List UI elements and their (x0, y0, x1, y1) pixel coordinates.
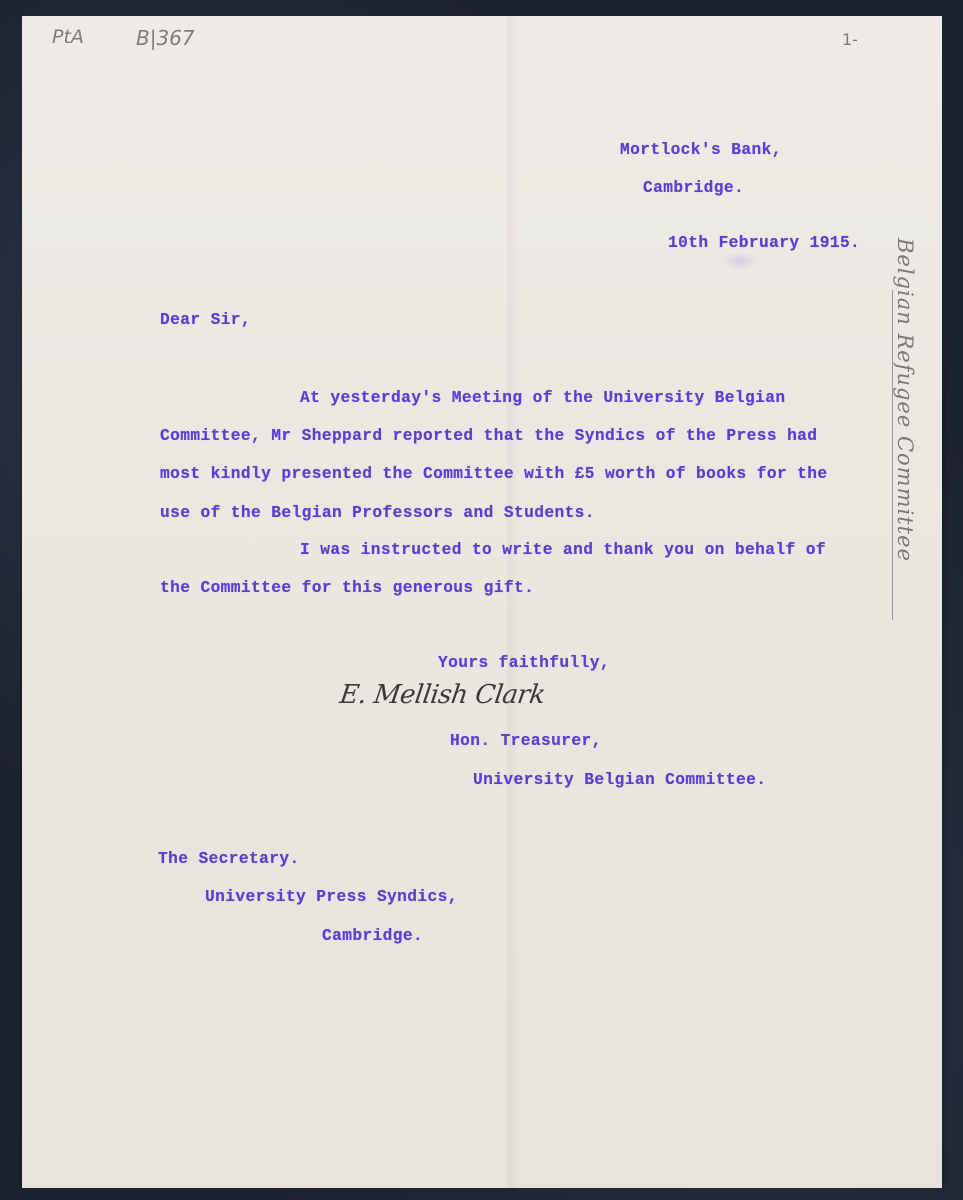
archive-reference-number: B|367 (136, 26, 195, 50)
salutation: Dear Sir, (160, 311, 251, 329)
body-line-1: At yesterday's Meeting of the University… (300, 389, 785, 407)
page-number: 1- (842, 30, 858, 49)
letter-date: 10th February 1915. (668, 234, 860, 252)
ink-smudge (720, 252, 760, 270)
handwritten-signature: E. Mellish Clark (338, 680, 547, 710)
signer-title: Hon. Treasurer, (450, 732, 602, 750)
body-line-5: I was instructed to write and thank you … (300, 541, 826, 559)
recipient-line-1: The Secretary. (158, 850, 300, 868)
letter-paper (22, 16, 942, 1188)
closing: Yours faithfully, (438, 654, 610, 672)
body-line-4: use of the Belgian Professors and Studen… (160, 504, 595, 522)
archive-reference-prefix: PtA (52, 26, 84, 48)
sender-address-line1: Mortlock's Bank, (620, 141, 782, 159)
recipient-line-3: Cambridge. (322, 927, 423, 945)
body-line-3: most kindly presented the Committee with… (160, 465, 828, 483)
margin-annotation: Belgian Refugee Committee (893, 238, 917, 562)
body-line-2: Committee, Mr Sheppard reported that the… (160, 427, 817, 445)
body-line-6: the Committee for this generous gift. (160, 579, 534, 597)
signer-organization: University Belgian Committee. (473, 771, 766, 789)
recipient-line-2: University Press Syndics, (205, 888, 458, 906)
sender-address-line2: Cambridge. (643, 179, 744, 197)
